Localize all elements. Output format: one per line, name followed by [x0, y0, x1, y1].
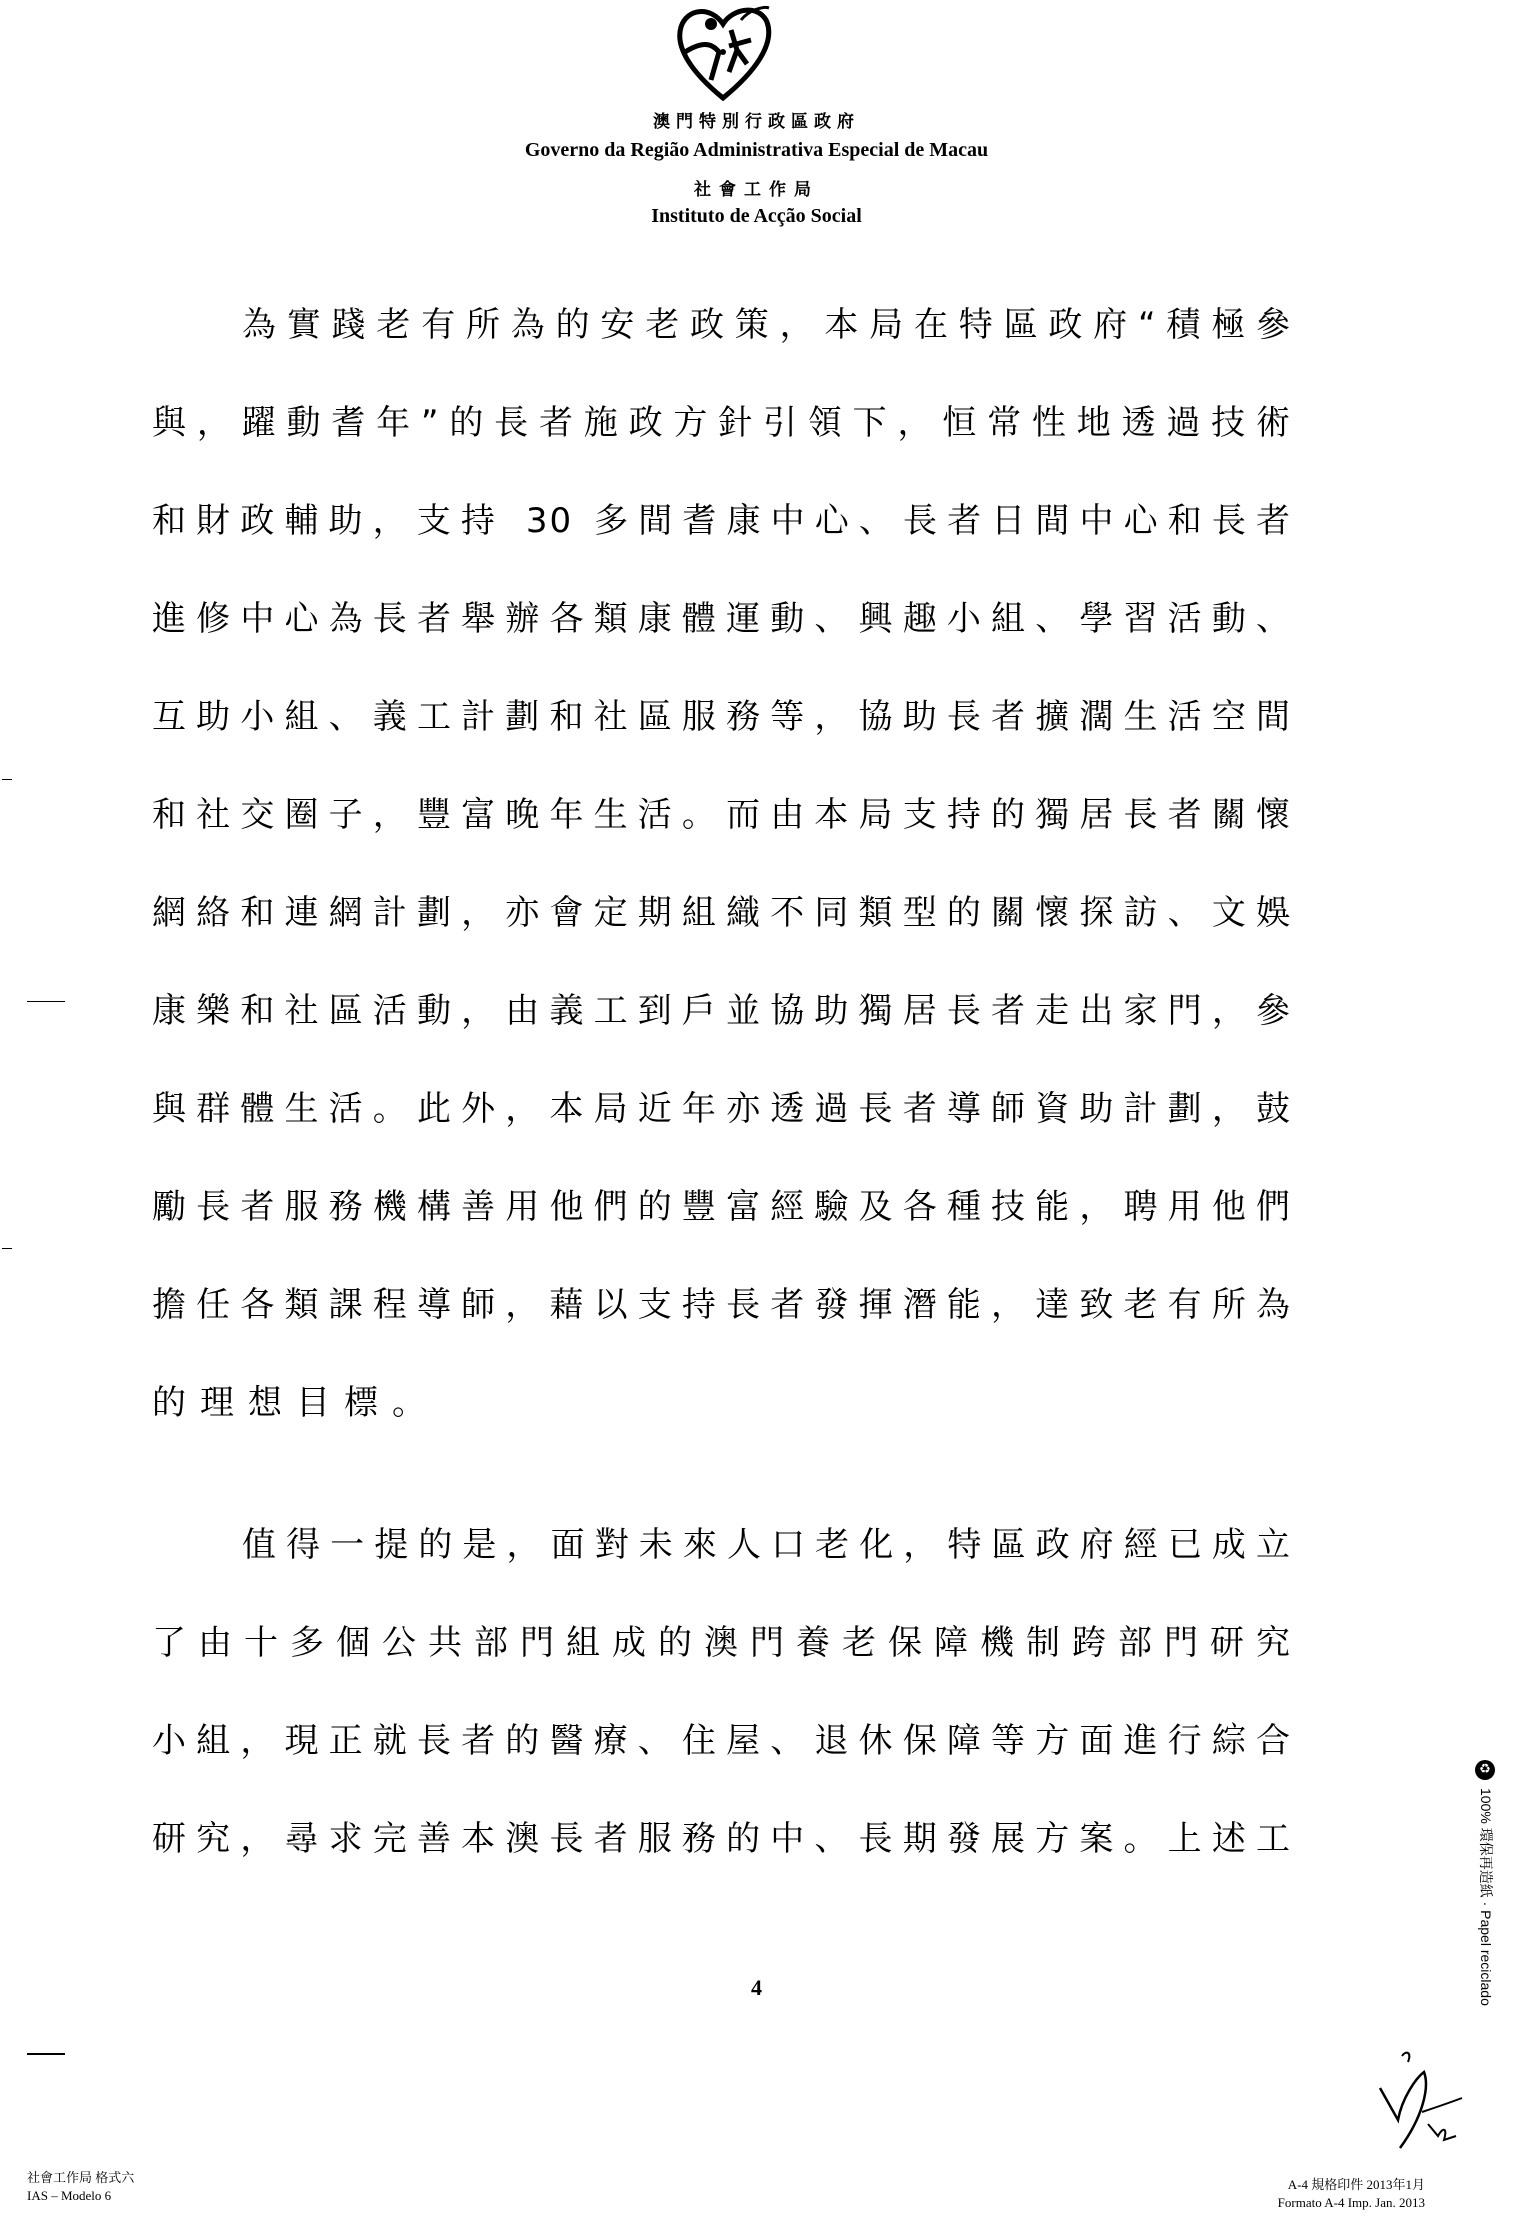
form-code-portuguese: IAS – Modelo 6 — [27, 2187, 134, 2205]
ias-heart-logo-icon — [671, 2, 775, 102]
text-line: 研究，尋求完善本澳長者服務的中、長期發展方案。上述工 — [152, 1814, 1292, 1864]
footer-form-code: 社會工作局 格式六 IAS – Modelo 6 — [27, 2169, 134, 2205]
print-info-portuguese: Formato A-4 Imp. Jan. 2013 — [1278, 2194, 1425, 2212]
text-line: 網絡和連網計劃，亦會定期組織不同類型的關懷探訪、文娛 — [152, 888, 1292, 938]
government-name-portuguese: Governo da Região Administrativa Especia… — [0, 140, 1513, 160]
text-line: 與，躍動耆年”的長者施政方針引領下，恒常性地透過技術 — [152, 398, 1292, 448]
text-line: 和社交圈子，豐富晚年生活。而由本局支持的獨居長者關懷 — [152, 790, 1292, 840]
text-line: 為實踐老有所為的安老政策，本局在特區政府“積極參 — [242, 300, 1292, 350]
text-line: 值得一提的是，面對未來人口老化，特區政府經已成立 — [242, 1520, 1292, 1570]
text-line: 勵長者服務機構善用他們的豐富經驗及各種技能，聘用他們 — [152, 1182, 1292, 1232]
margin-mark — [27, 2053, 65, 2055]
recycle-icon: ♻ — [1475, 1760, 1495, 1780]
text-line: 小組，現正就長者的醫療、住屋、退休保障等方面進行綜合 — [152, 1716, 1292, 1766]
text-line: 互助小組、義工計劃和社區服務等，協助長者擴濶生活空間 — [152, 692, 1292, 742]
margin-mark — [2, 1248, 12, 1249]
text-line: 擔任各類課程導師，藉以支持長者發揮潛能，達致老有所為 — [152, 1280, 1292, 1330]
text-line: 和財政輔助，支持 30 多間耆康中心、長者日間中心和長者 — [152, 496, 1292, 546]
footer-print-info: A-4 規格印件 2013年1月 Formato A-4 Imp. Jan. 2… — [1278, 2176, 1425, 2212]
page-number: 4 — [0, 1975, 1513, 2001]
signature-initials-icon — [1372, 2048, 1472, 2158]
print-info-chinese: A-4 規格印件 2013年1月 — [1278, 2176, 1425, 2194]
department-name-chinese: 社會工作局 — [0, 181, 1513, 198]
margin-mark — [27, 1001, 65, 1002]
department-name-portuguese: Instituto de Acção Social — [0, 206, 1513, 226]
text-line: 的理想目標。 — [152, 1378, 1292, 1428]
text-line: 康樂和社區活動，由義工到戶並協助獨居長者走出家門，參 — [152, 986, 1292, 1036]
recycled-paper-note: ♻ 100% 環保再造紙 · Papel reciclado — [1472, 1760, 1500, 2030]
text-line: 與群體生活。此外，本局近年亦透過長者導師資助計劃，鼓 — [152, 1084, 1292, 1134]
government-name-chinese: 澳門特別行政區政府 — [0, 113, 1513, 130]
form-code-chinese: 社會工作局 格式六 — [27, 2169, 134, 2187]
text-line: 了由十多個公共部門組成的澳門養老保障機制跨部門研究 — [152, 1618, 1292, 1668]
margin-mark — [2, 779, 12, 780]
recycled-paper-text: 100% 環保再造紙 · Papel reciclado — [1476, 1788, 1496, 2006]
text-line: 進修中心為長者舉辦各類康體運動、興趣小組、學習活動、 — [152, 594, 1292, 644]
